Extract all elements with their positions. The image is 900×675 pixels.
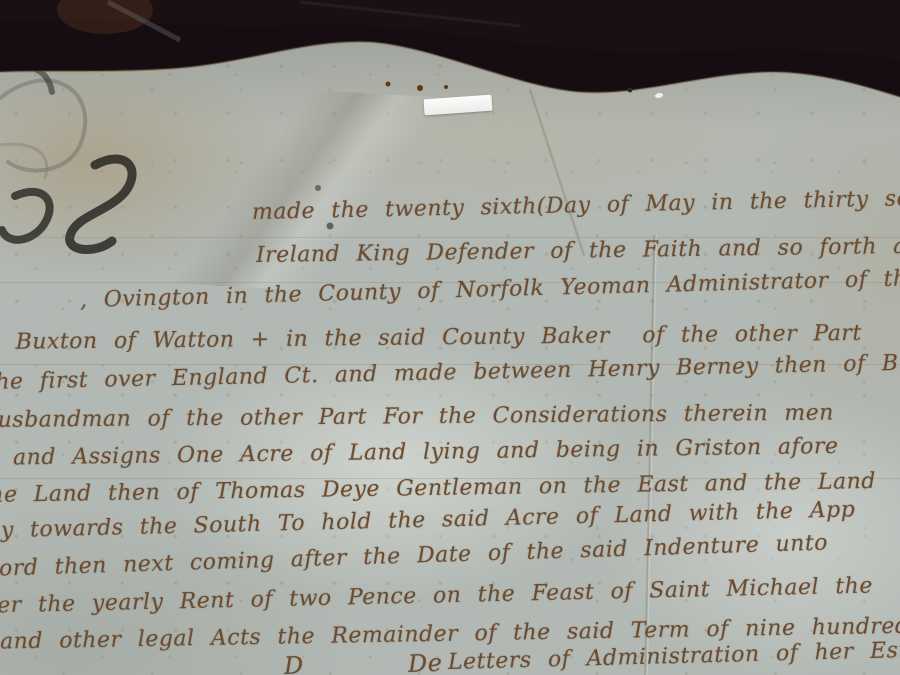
manuscript-line-fragment: D <box>284 651 305 675</box>
manuscript-line-fragment: De <box>408 649 443 675</box>
framed-parchment-photo: made the twenty sixth(Day of May in the … <box>0 0 900 675</box>
